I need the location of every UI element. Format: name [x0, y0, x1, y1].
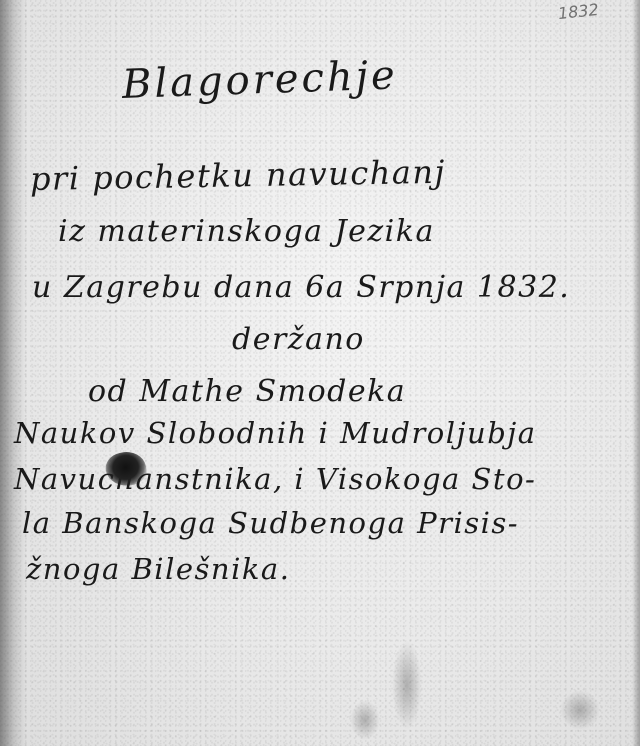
manuscript-line-7: Navuchanstnika, i Visokoga Sto-	[14, 462, 536, 496]
manuscript-line-2: iz materinskoga Jezika	[58, 214, 435, 249]
manuscript-line-5: od Mathe Smodeka	[88, 374, 406, 409]
paper-texture	[0, 0, 640, 746]
paper-stain	[560, 690, 600, 730]
manuscript-title: Blagorechje	[121, 52, 398, 108]
catalog-number: 1832	[557, 0, 599, 23]
paper-stain	[392, 640, 422, 730]
manuscript-line-9: žnoga Bilešnika.	[26, 552, 290, 586]
binding-edge-shadow	[0, 0, 26, 746]
manuscript-line-8: la Banskoga Sudbenoga Prisis-	[22, 506, 519, 540]
manuscript-page: 1832 Blagorechje pri pochetku navuchanj …	[0, 0, 640, 746]
right-edge-shadow	[632, 0, 640, 746]
paper-stain	[350, 700, 380, 740]
manuscript-line-4: deržano	[232, 322, 365, 357]
manuscript-line-3: u Zagrebu dana 6a Srpnja 1832.	[32, 270, 570, 305]
manuscript-line-6: Naukov Slobodnih i Mudroljubja	[14, 416, 537, 450]
manuscript-line-1: pri pochetku navuchanj	[30, 153, 447, 198]
